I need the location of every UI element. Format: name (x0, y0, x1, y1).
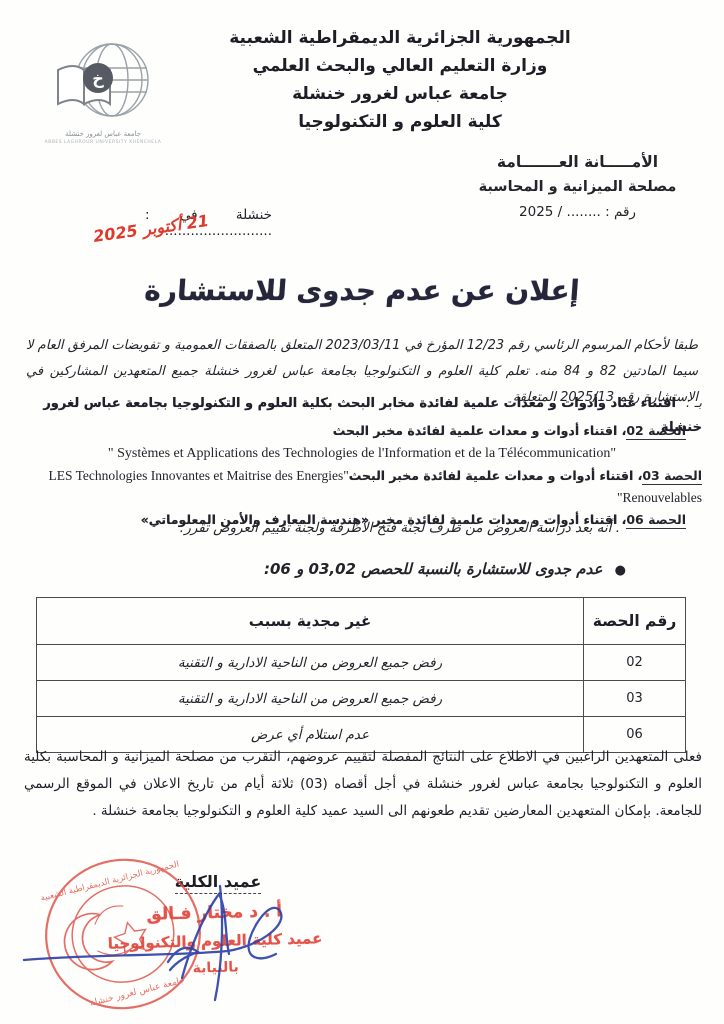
handwritten-signature-icon (16, 866, 356, 1016)
page-title: إعلان عن عدم جدوى للاستشارة (0, 274, 724, 307)
lot-line-03: الحصة 03، اقتناء أدوات و معدات علمية لفا… (22, 465, 702, 509)
document-header: الجمهورية الجزائرية الديمقراطية الشعبية … (170, 24, 630, 136)
lot-02-label: الحصة 02 (626, 423, 686, 440)
table-row: 02 رفض جميع العروض من الناحية الادارية و… (37, 645, 686, 681)
bullet-text: عدم جدوى للاستشارة بالنسبة للحصص 03,02 و… (264, 560, 602, 578)
lot-03-label: الحصة 03 (642, 468, 702, 485)
lot-line-02: الحصة 02، اقتناء أدوات و معدات علمية لفا… (22, 420, 702, 442)
column-header-lot-number: رقم الحصة (584, 598, 686, 645)
decision-line: . أنه بعد دراسة العروض من طرف لجنة فتح ا… (26, 520, 662, 536)
scanned-announcement-document: خ جامعة عباس لغرور خنشلة ABBES LAGHROUR … (0, 0, 724, 1024)
results-table: رقم الحصة غير مجدية بسبب 02 رفض جميع الع… (36, 597, 686, 753)
header-republic: الجمهورية الجزائرية الديمقراطية الشعبية (170, 24, 630, 52)
secretariat-line: الأمـــــانة العـــــــامة (450, 149, 705, 175)
lot-number-cell: 02 (584, 645, 686, 681)
reason-cell: رفض جميع العروض من الناحية الادارية و ال… (37, 645, 584, 681)
bullet-marker-icon: ● (615, 563, 626, 578)
results-table-wrap: رقم الحصة غير مجدية بسبب 02 رفض جميع الع… (36, 597, 686, 753)
header-ministry: وزارة التعليم العالي والبحث العلمي (170, 52, 630, 80)
office-block: الأمـــــانة العـــــــامة مصلحة الميزان… (450, 149, 705, 224)
table-row: 03 رفض جميع العروض من الناحية الادارية و… (37, 681, 686, 717)
table-header-row: رقم الحصة غير مجدية بسبب (37, 598, 686, 645)
reference-number: رقم : ........ / 2025 (450, 200, 705, 224)
logo-caption-english: ABBES LAGHROUR UNIVERSITY KHENCHELA (38, 139, 168, 146)
reason-cell: رفض جميع العروض من الناحية الادارية و ال… (37, 681, 584, 717)
bullet-line: ● عدم جدوى للاستشارة بالنسبة للحصص 03,02… (26, 560, 678, 578)
lot-03-description: ، اقتناء أدوات و معدات علمية لفائدة مخبر… (349, 468, 643, 483)
lot-02-lab-name-french: " Systèmes et Applications des Technolog… (22, 442, 702, 465)
lot-02-description: ، اقتناء أدوات و معدات علمية لفائدة مخبر… (333, 423, 627, 438)
lots-list: الحصة 02، اقتناء أدوات و معدات علمية لفا… (22, 420, 702, 531)
university-logo-icon: خ (40, 40, 166, 126)
lot-number-cell: 03 (584, 681, 686, 717)
header-faculty: كلية العلوم و التكنولوجيا (170, 108, 630, 136)
header-university: جامعة عباس لغرور خنشلة (170, 80, 630, 108)
logo-caption-arabic: جامعة عباس لغرور خنشلة (38, 130, 168, 139)
monogram-letter: خ (92, 69, 104, 88)
service-line: مصلحة الميزانية و المحاسبة (450, 175, 705, 200)
closing-paragraph: فعلى المتعهدين الراغبين في الاطلاع على ا… (24, 744, 702, 825)
column-header-reason: غير مجدية بسبب (37, 598, 584, 645)
subject-prefix: بـ : (686, 396, 702, 411)
university-logo: خ جامعة عباس لغرور خنشلة ABBES LAGHROUR … (38, 40, 168, 146)
